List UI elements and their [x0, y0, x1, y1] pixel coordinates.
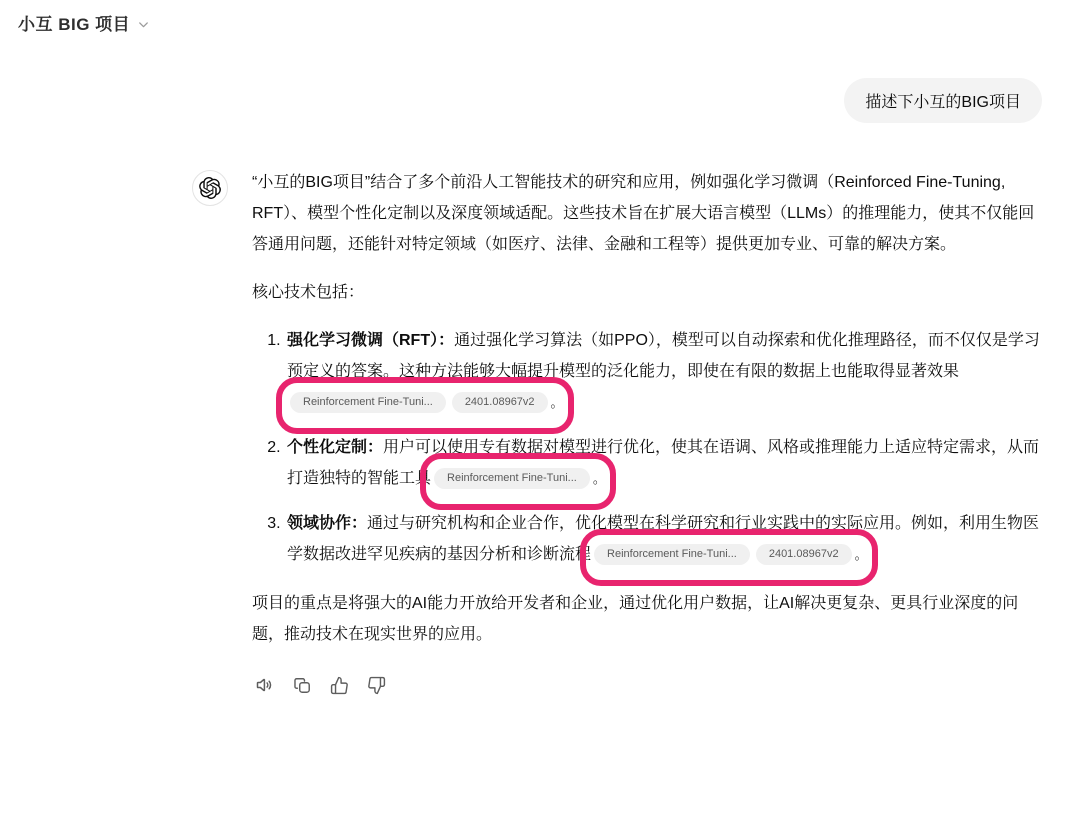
list-item-personalization: 个性化定制：用户可以使用专有数据对模型进行优化，使其在语调、风格或推理能力上适应… — [285, 432, 1042, 494]
list-item-title: 领域协作： — [287, 515, 367, 532]
annotation-highlight-1: Reinforcement Fine-Tuni...2401.08967v2。 — [287, 387, 564, 418]
copy-button[interactable] — [291, 674, 313, 696]
citation-pill[interactable]: Reinforcement Fine-Tuni... — [594, 544, 750, 565]
assistant-avatar — [192, 170, 228, 206]
user-message-bubble: 描述下小互的BIG项目 — [844, 78, 1042, 123]
sentence-period: 。 — [593, 471, 606, 486]
list-item-text: 用户可以使用专有数据对模型进行优化，使其在语调、风格或推理能力上适应特定需求，从… — [287, 439, 1039, 487]
openai-logo-icon — [199, 177, 221, 199]
list-item-title: 个性化定制： — [287, 439, 383, 456]
sentence-period: 。 — [855, 547, 868, 562]
chat-thread: 描述下小互的BIG项目 “小互的BIG项目”结合了多个前沿人工智能技术的研究和应… — [192, 78, 1042, 696]
chevron-down-icon — [136, 17, 151, 32]
conversation-title-dropdown[interactable]: 小互 BIG 项目 — [18, 10, 151, 35]
read-aloud-button[interactable] — [254, 674, 276, 696]
assistant-message-row: “小互的BIG项目”结合了多个前沿人工智能技术的研究和应用，例如强化学习微调（R… — [192, 167, 1042, 696]
page-title: 小互 BIG 项目 — [18, 10, 130, 35]
speaker-icon — [258, 680, 265, 691]
user-message-row: 描述下小互的BIG项目 — [192, 78, 1042, 123]
message-actions — [254, 674, 1042, 696]
assistant-paragraph-intro: “小互的BIG项目”结合了多个前沿人工智能技术的研究和应用，例如强化学习微调（R… — [252, 167, 1042, 260]
list-item-domain-collab: 领域协作：通过与研究机构和企业合作，优化模型在科学研究和行业实践中的实际应用。例… — [285, 508, 1042, 570]
annotation-highlight-2: Reinforcement Fine-Tuni...。 — [431, 463, 606, 494]
tech-list: 强化学习微调（RFT）：通过强化学习算法（如PPO），模型可以自动探索和优化推理… — [252, 325, 1042, 570]
assistant-paragraph-closing: 项目的重点是将强大的AI能力开放给开发者和企业，通过优化用户数据，让AI解决更复… — [252, 588, 1042, 650]
thumbs-down-button[interactable] — [365, 674, 387, 696]
copy-icon — [299, 682, 309, 692]
annotation-highlight-3: Reinforcement Fine-Tuni...2401.08967v2。 — [591, 539, 868, 570]
thumbs-down-icon — [368, 677, 384, 693]
citation-pill[interactable]: Reinforcement Fine-Tuni... — [290, 392, 446, 413]
list-item-rft: 强化学习微调（RFT）：通过强化学习算法（如PPO），模型可以自动探索和优化推理… — [285, 325, 1042, 418]
thumbs-up-button[interactable] — [328, 674, 350, 696]
assistant-message: “小互的BIG项目”结合了多个前沿人工智能技术的研究和应用，例如强化学习微调（R… — [252, 167, 1042, 696]
citation-pill[interactable]: Reinforcement Fine-Tuni... — [434, 468, 590, 489]
citation-pill[interactable]: 2401.08967v2 — [756, 544, 852, 565]
sentence-period: 。 — [551, 395, 564, 410]
list-item-title: 强化学习微调（RFT）： — [287, 332, 454, 349]
assistant-paragraph-lead: 核心技术包括： — [252, 277, 1042, 308]
citation-pill[interactable]: 2401.08967v2 — [452, 392, 548, 413]
thumbs-up-icon — [331, 677, 347, 693]
